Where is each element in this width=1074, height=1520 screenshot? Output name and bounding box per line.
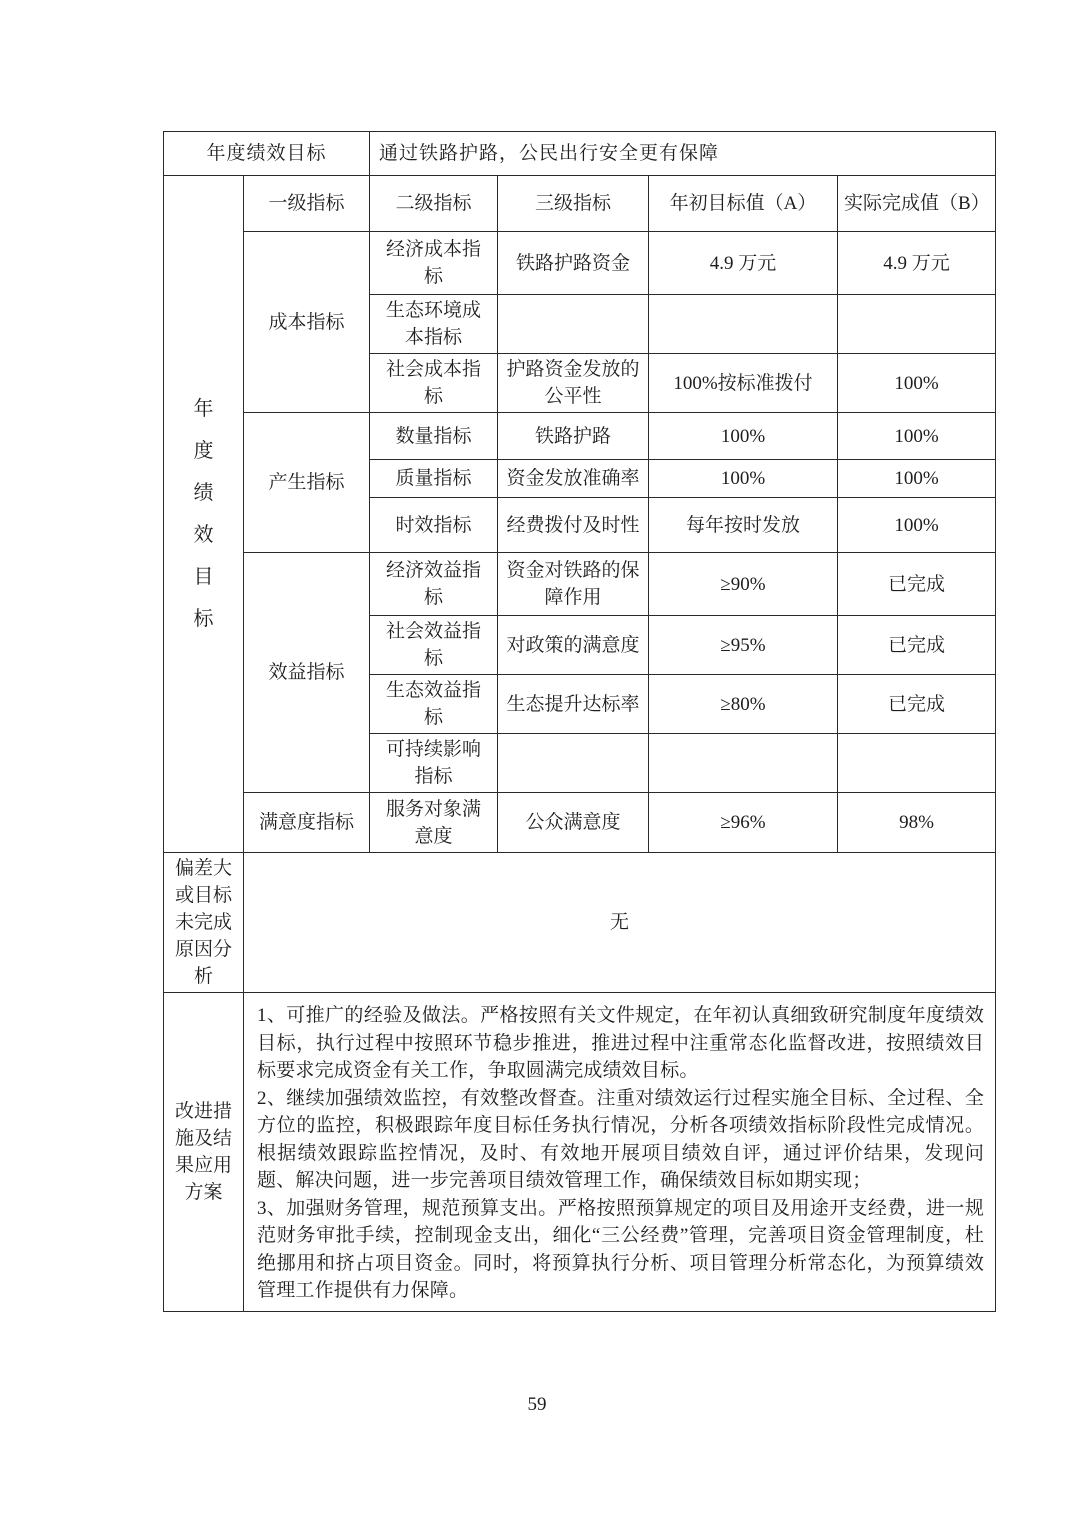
cell-level2: 可持续影响指标: [370, 734, 498, 793]
group-benefit-indicator: 效益指标: [244, 553, 370, 793]
cell-actual: 98%: [838, 793, 996, 853]
cell-level2: 社会效益指标: [370, 616, 498, 675]
cell-target: ≥95%: [649, 616, 838, 675]
performance-self-evaluation-table: 年度绩效目标 通过铁路护路，公民出行安全更有保障 年 度 绩 效 目 标 一级指…: [163, 131, 996, 1312]
improvement-paragraph: 2、继续加强绩效监控，有效整改督查。注重对绩效运行过程实施全目标、全过程、全方位…: [257, 1085, 984, 1195]
cell-target: 100%: [649, 460, 838, 498]
cell-target: ≥80%: [649, 675, 838, 734]
cell-actual: 已完成: [838, 553, 996, 616]
cell-level2: 经济效益指标: [370, 553, 498, 616]
vertical-label-char: 度: [194, 438, 214, 465]
cell-target: 100%: [649, 413, 838, 460]
cell-target: ≥90%: [649, 553, 838, 616]
header-level2-indicator: 二级指标: [370, 176, 498, 232]
annual-goal-value: 通过铁路护路，公民出行安全更有保障: [370, 132, 996, 176]
group-cost-indicator: 成本指标: [244, 232, 370, 413]
vertical-label-char: 标: [194, 606, 214, 633]
indicator-row: 效益指标 经济效益指标 资金对铁路的保障作用 ≥90% 已完成: [164, 553, 996, 616]
cell-level2: 生态环境成本指标: [370, 295, 498, 354]
cell-level3: 铁路护路资金: [498, 232, 649, 295]
indicator-header-row: 年 度 绩 效 目 标 一级指标 二级指标 三级指标 年初目标值（A） 实际完成…: [164, 176, 996, 232]
cell-level3: 护路资金发放的公平性: [498, 354, 649, 413]
cell-actual: 已完成: [838, 616, 996, 675]
cell-level3: 公众满意度: [498, 793, 649, 853]
cell-actual: 100%: [838, 413, 996, 460]
vertical-label-char: 绩: [194, 480, 214, 507]
group-output-indicator: 产生指标: [244, 413, 370, 553]
cell-level2: 社会成本指标: [370, 354, 498, 413]
deviation-row: 偏差大或目标未完成原因分析 无: [164, 853, 996, 993]
annual-goal-label: 年度绩效目标: [164, 132, 370, 176]
cell-target: ≥96%: [649, 793, 838, 853]
cell-level3: 铁路护路: [498, 413, 649, 460]
annual-goal-row: 年度绩效目标 通过铁路护路，公民出行安全更有保障: [164, 132, 996, 176]
deviation-analysis-value: 无: [244, 853, 996, 993]
improvement-plan-label: 改进措施及结果应用方案: [164, 993, 244, 1312]
cell-level3: [498, 295, 649, 354]
cell-target: 4.9 万元: [649, 232, 838, 295]
header-level3-indicator: 三级指标: [498, 176, 649, 232]
cell-actual: [838, 295, 996, 354]
cell-target: [649, 295, 838, 354]
cell-level2: 数量指标: [370, 413, 498, 460]
cell-level3: 资金对铁路的保障作用: [498, 553, 649, 616]
vertical-label-char: 效: [194, 522, 214, 549]
cell-actual: 100%: [838, 354, 996, 413]
cell-level2: 经济成本指标: [370, 232, 498, 295]
cell-level2: 时效指标: [370, 498, 498, 553]
annual-goal-vertical-label: 年 度 绩 效 目 标: [164, 396, 243, 633]
vertical-label-char: 年: [194, 396, 214, 423]
cell-actual: 已完成: [838, 675, 996, 734]
improvement-paragraph: 3、加强财务管理，规范预算支出。严格按照预算规定的项目及用途开支经费，进一规范财…: [257, 1195, 984, 1305]
indicator-row: 产生指标 数量指标 铁路护路 100% 100%: [164, 413, 996, 460]
cell-level3: [498, 734, 649, 793]
cell-target: 每年按时发放: [649, 498, 838, 553]
cell-level3: 资金发放准确率: [498, 460, 649, 498]
cell-target: 100%按标准拨付: [649, 354, 838, 413]
header-actual-value: 实际完成值（B）: [838, 176, 996, 232]
annual-goal-side-cell: 年 度 绩 效 目 标: [164, 176, 244, 853]
page-number: 59: [0, 1394, 1074, 1416]
group-satisfaction-indicator: 满意度指标: [244, 793, 370, 853]
improvement-row: 改进措施及结果应用方案 1、可推广的经验及做法。严格按照有关文件规定，在年初认真…: [164, 993, 996, 1312]
indicator-row: 满意度指标 服务对象满意度 公众满意度 ≥96% 98%: [164, 793, 996, 853]
cell-level2: 质量指标: [370, 460, 498, 498]
cell-target: [649, 734, 838, 793]
improvement-plan-content: 1、可推广的经验及做法。严格按照有关文件规定，在年初认真细致研究制度年度绩效目标…: [244, 993, 996, 1312]
header-target-value: 年初目标值（A）: [649, 176, 838, 232]
improvement-paragraph: 1、可推广的经验及做法。严格按照有关文件规定，在年初认真细致研究制度年度绩效目标…: [257, 1002, 984, 1085]
cell-actual: 4.9 万元: [838, 232, 996, 295]
cell-level3: 经费拨付及时性: [498, 498, 649, 553]
cell-level2: 服务对象满意度: [370, 793, 498, 853]
indicator-row: 成本指标 经济成本指标 铁路护路资金 4.9 万元 4.9 万元: [164, 232, 996, 295]
cell-actual: 100%: [838, 460, 996, 498]
cell-level2: 生态效益指标: [370, 675, 498, 734]
cell-actual: 100%: [838, 498, 996, 553]
cell-level3: 生态提升达标率: [498, 675, 649, 734]
cell-level3: 对政策的满意度: [498, 616, 649, 675]
deviation-analysis-label: 偏差大或目标未完成原因分析: [164, 853, 244, 993]
cell-actual: [838, 734, 996, 793]
header-level1-indicator: 一级指标: [244, 176, 370, 232]
vertical-label-char: 目: [194, 564, 214, 591]
